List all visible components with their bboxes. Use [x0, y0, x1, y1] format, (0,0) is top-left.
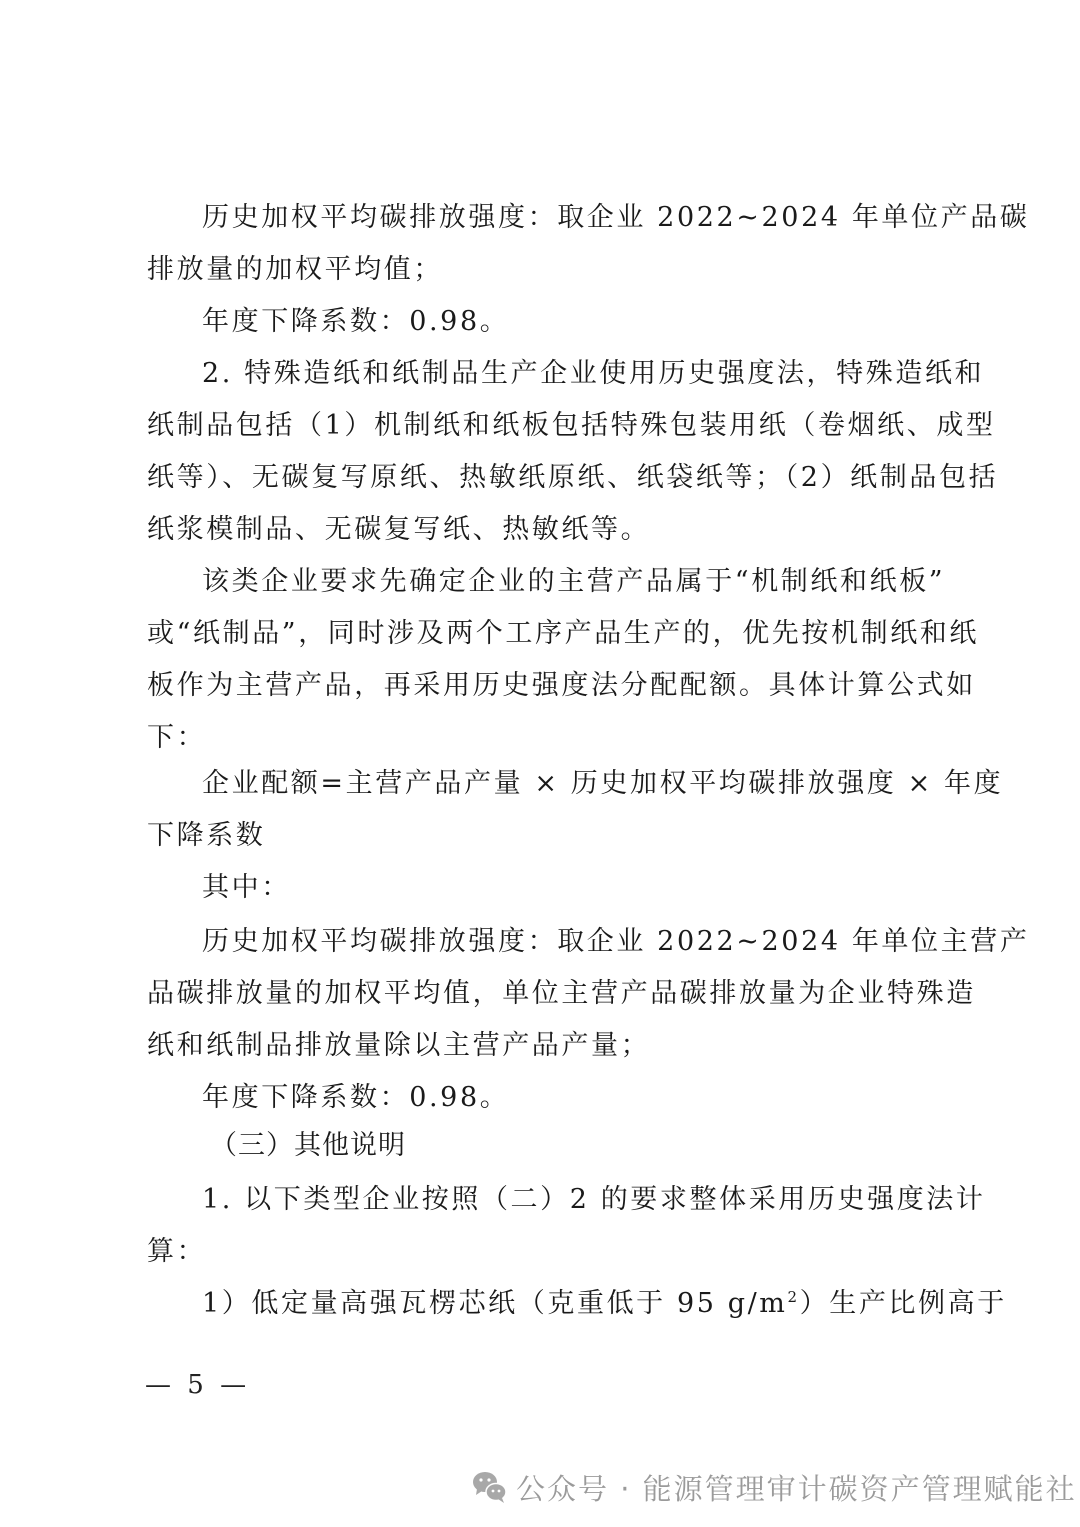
document-page: 历史加权平均碳排放强度：取企业 2022~2024 年单位产品碳 排放量的加权平…	[0, 0, 1080, 1527]
paragraph-line: 纸和纸制品排放量除以主营产品产量；	[147, 1029, 650, 1063]
paragraph-line: 或“纸制品”，同时涉及两个工序产品生产的，优先按机制纸和纸	[147, 617, 979, 651]
paragraph-line: 下：	[147, 721, 206, 755]
wechat-icon	[472, 1470, 508, 1504]
paragraph-line: 板作为主营产品，再采用历史强度法分配配额。具体计算公式如	[147, 669, 976, 703]
paragraph-line: 其中：	[202, 871, 291, 905]
line-text: ）生产比例高于	[800, 1288, 1007, 1319]
paragraph-line: 1）低定量高强瓦楞芯纸（克重低于 95 g/m2）生产比例高于	[202, 1287, 1007, 1321]
formula-line: 企业配额=主营产品产量 × 历史加权平均碳排放强度 × 年度	[202, 767, 1003, 801]
paragraph-line: 排放量的加权平均值；	[147, 253, 443, 287]
formula-line: 下降系数	[147, 819, 265, 853]
paragraph-line: 纸等）、无碳复写原纸、热敏纸原纸、纸袋纸等；（2）纸制品包括	[147, 461, 998, 495]
paragraph-line: 2. 特殊造纸和纸制品生产企业使用历史强度法，特殊造纸和	[202, 357, 984, 391]
paragraph-line: 1. 以下类型企业按照（二）2 的要求整体采用历史强度法计	[202, 1183, 986, 1217]
paragraph-line: 历史加权平均碳排放强度：取企业 2022~2024 年单位主营产	[202, 925, 1029, 959]
watermark-text: 公众号 · 能源管理审计碳资产管理赋能社	[516, 1467, 1077, 1508]
paragraph-line: 品碳排放量的加权平均值，单位主营产品碳排放量为企业特殊造	[147, 977, 976, 1011]
line-text: 1）低定量高强瓦楞芯纸（克重低于 95 g/m	[202, 1288, 787, 1319]
watermark: 公众号 · 能源管理审计碳资产管理赋能社	[472, 1465, 1077, 1509]
paragraph-line: 算：	[147, 1235, 206, 1269]
paragraph-line: 年度下降系数：0.98。	[202, 1081, 509, 1115]
paragraph-line: 该类企业要求先确定企业的主营产品属于“机制纸和纸板”	[202, 565, 945, 599]
page-number: — 5 —	[145, 1368, 250, 1402]
superscript: 2	[787, 1288, 799, 1306]
paragraph-line: 历史加权平均碳排放强度：取企业 2022~2024 年单位产品碳	[202, 201, 1029, 235]
section-heading: （三）其他说明	[210, 1129, 406, 1163]
paragraph-line: 纸制品包括（1）机制纸和纸板包括特殊包装用纸（卷烟纸、成型	[147, 409, 996, 443]
paragraph-line: 年度下降系数：0.98。	[202, 305, 509, 339]
paragraph-line: 纸浆模制品、无碳复写纸、热敏纸等。	[147, 513, 650, 547]
